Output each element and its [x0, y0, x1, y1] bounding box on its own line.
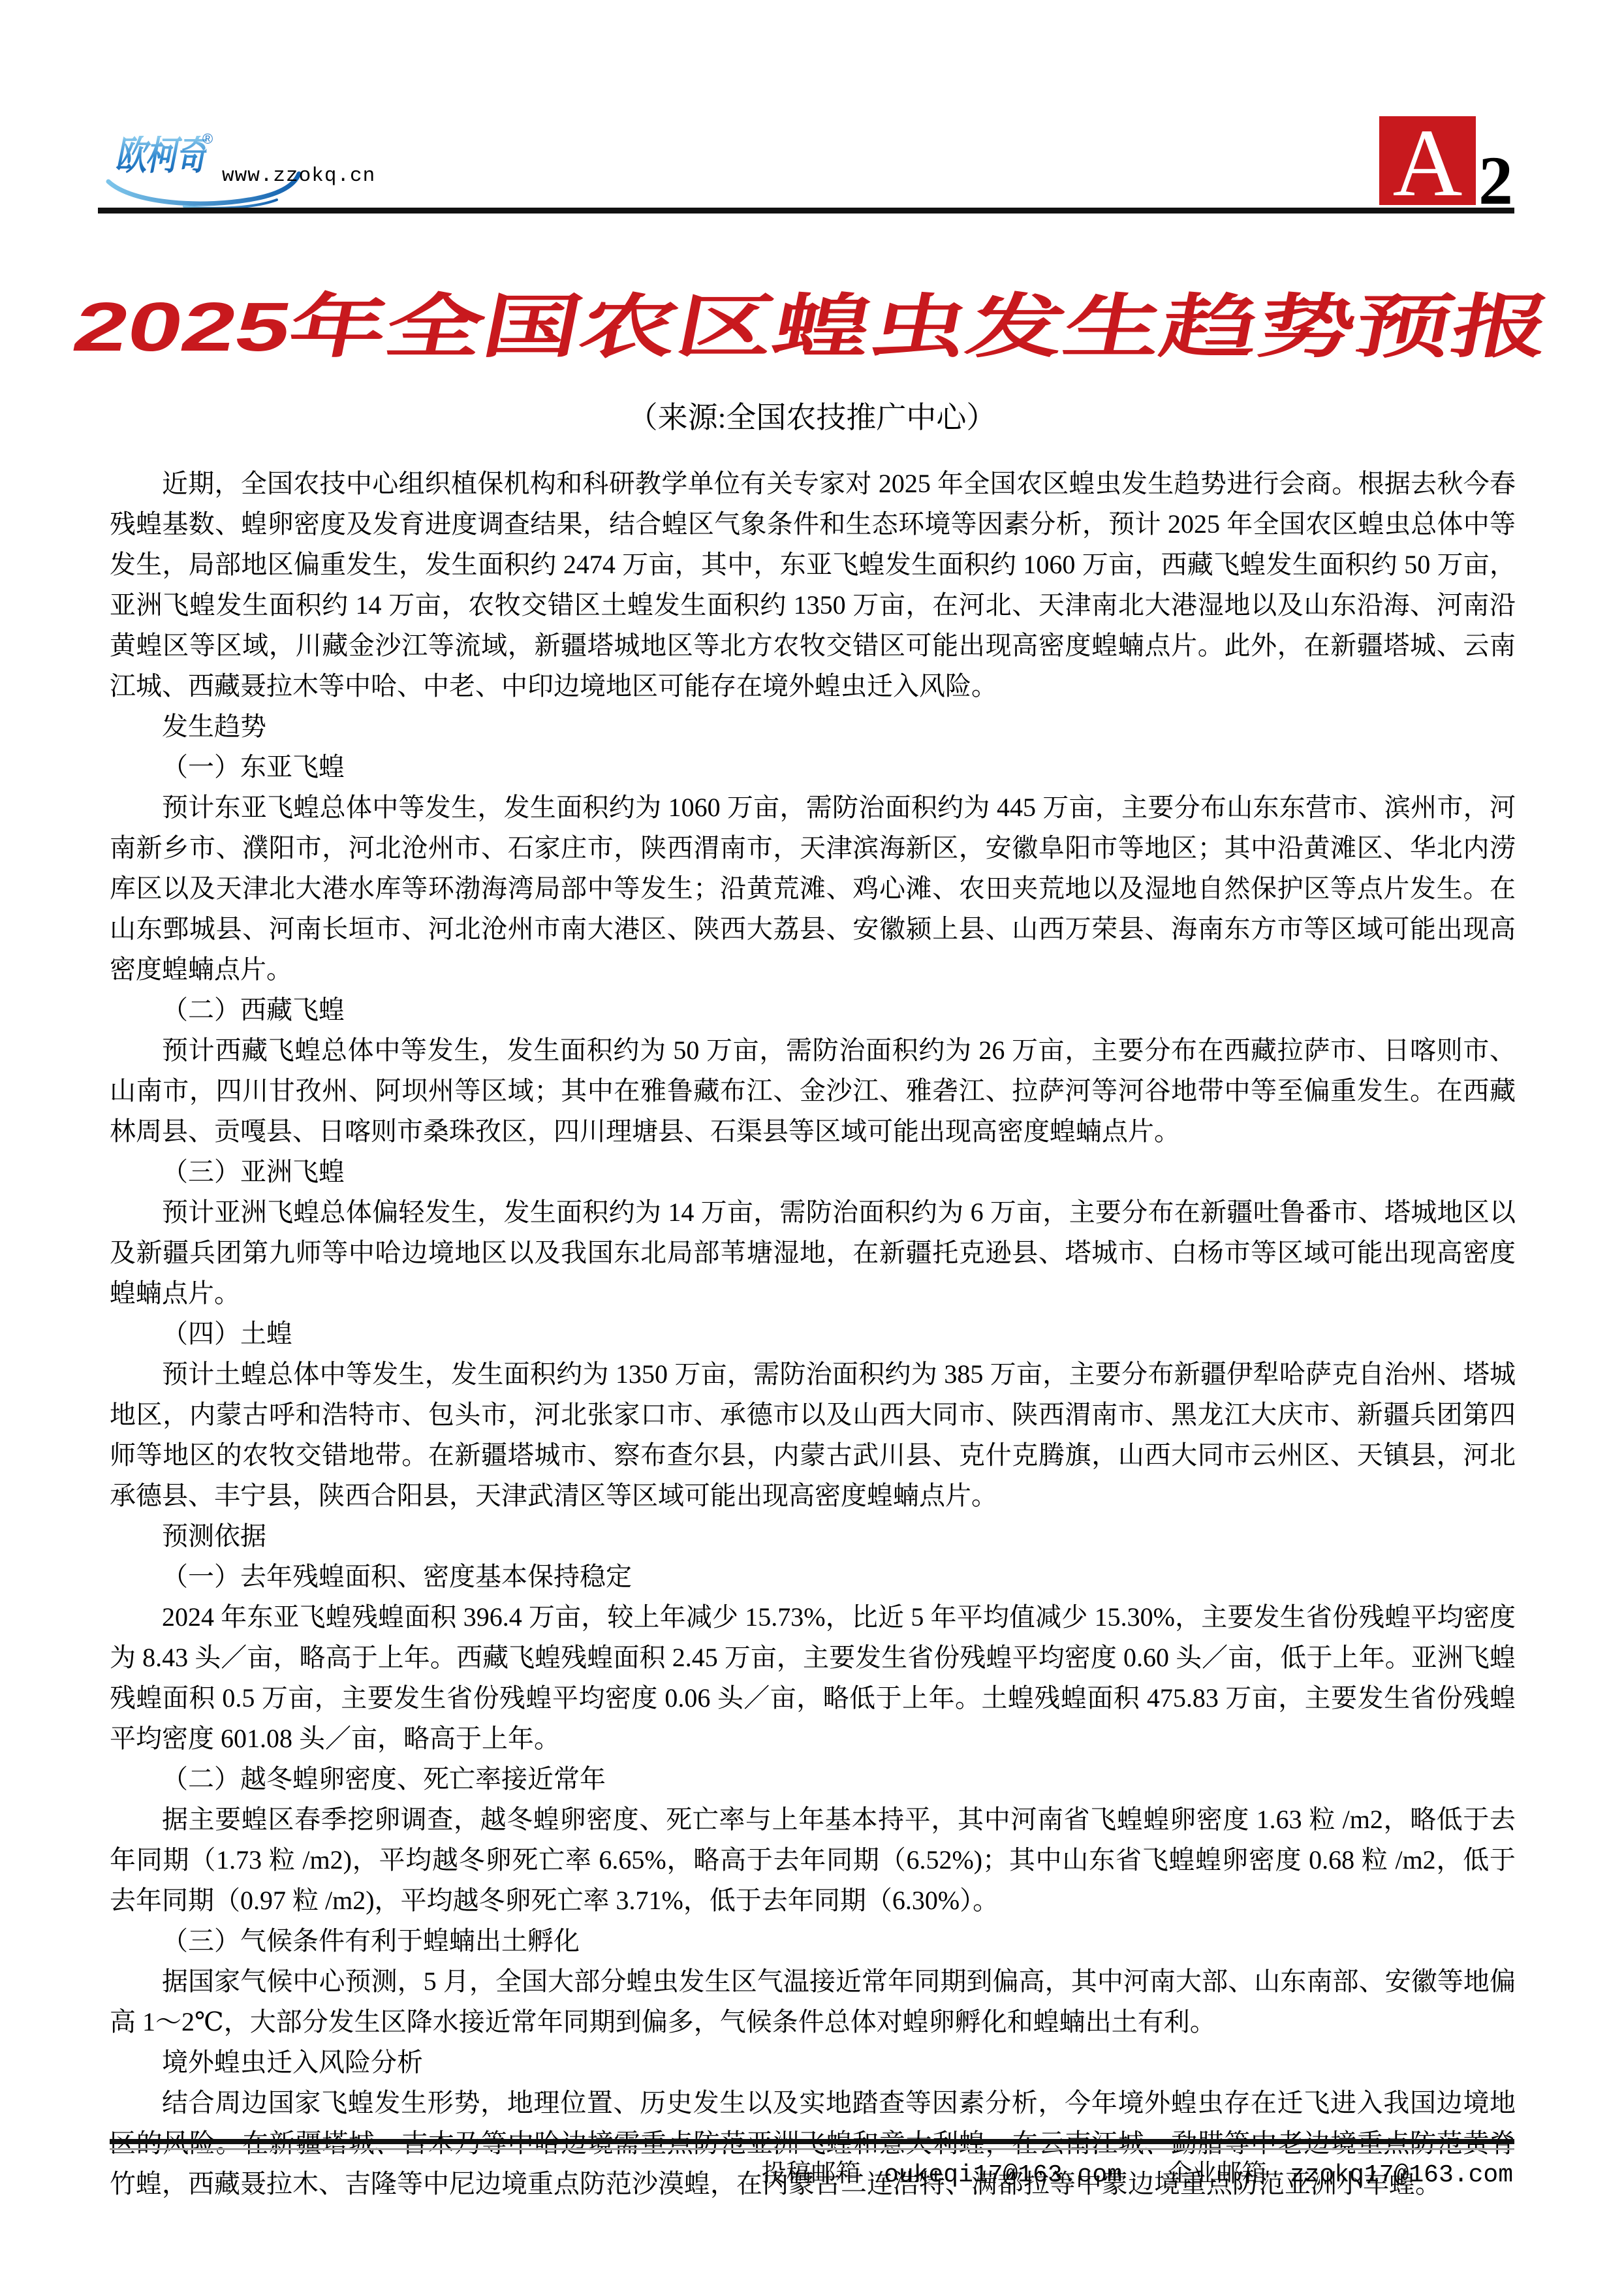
company-mailbox-email: zzokq17@163.com [1290, 2161, 1513, 2189]
page-badge-letter-box: A [1379, 116, 1476, 205]
section-heading: （三）气候条件有利于蝗蝻出土孵化 [110, 1921, 1516, 1961]
footer: 投稿邮箱 oukeqi17@163.com 企业邮箱 zzokq17@163.c… [110, 2157, 1513, 2192]
section-heading: 发生趋势 [110, 706, 1516, 747]
article-title: 2025年全国农区蝗虫发生趋势预报 [0, 291, 1624, 364]
paragraph: 预计土蝗总体中等发生，发生面积约为 1350 万亩，需防治面积约为 385 万亩… [110, 1354, 1516, 1516]
company-mailbox-label: 企业邮箱 [1167, 2160, 1266, 2187]
section-heading: （一）去年残蝗面积、密度基本保持稳定 [110, 1557, 1516, 1597]
footer-rule [110, 2139, 1514, 2144]
page-badge-number: 2 [1478, 153, 1513, 209]
section-heading: 境外蝗虫迁入风险分析 [110, 2042, 1516, 2083]
article-body: 近期，全国农技中心组织植保机构和科研教学单位有关专家对 2025 年全国农区蝗虫… [110, 464, 1516, 2204]
newspaper-page: 欧柯奇 ® www.zzokq.cn A 2 2025年全国农区蝗虫发生趋势预报… [0, 0, 1624, 2295]
submission-mailbox-label: 投稿邮箱 [762, 2160, 861, 2187]
paragraph: 近期，全国农技中心组织植保机构和科研教学单位有关专家对 2025 年全国农区蝗虫… [110, 464, 1516, 706]
submission-mailbox-email: oukeqi17@163.com [884, 2161, 1122, 2189]
paragraph: 预计西藏飞蝗总体中等发生，发生面积约为 50 万亩，需防治面积约为 26 万亩，… [110, 1030, 1516, 1152]
page-badge: A 2 [1379, 116, 1513, 205]
registered-trademark-icon: ® [202, 131, 213, 148]
footer-rule-shadow [110, 2148, 1514, 2150]
header-rule [98, 208, 1514, 214]
section-heading: 预测依据 [110, 1516, 1516, 1557]
paragraph: 预计东亚飞蝗总体中等发生，发生面积约为 1060 万亩，需防治面积约为 445 … [110, 787, 1516, 990]
section-heading: （三）亚洲飞蝗 [110, 1152, 1516, 1192]
page-badge-letter: A [1393, 115, 1463, 212]
paragraph: 据国家气候中心预测，5 月，全国大部分蝗虫发生区气温接近常年同期到偏高，其中河南… [110, 1961, 1516, 2042]
section-heading: （四）土蝗 [110, 1314, 1516, 1354]
article-source: （来源:全国农技推广中心） [0, 400, 1624, 435]
website-url: www.zzokq.cn [222, 165, 375, 187]
paragraph: 据主要蝗区春季挖卵调查，越冬蝗卵密度、死亡率与上年基本持平，其中河南省飞蝗蝗卵密… [110, 1799, 1516, 1921]
section-heading: （一）东亚飞蝗 [110, 747, 1516, 787]
paragraph: 2024 年东亚飞蝗残蝗面积 396.4 万亩，较上年减少 15.73%，比近 … [110, 1597, 1516, 1759]
section-heading: （二）越冬蝗卵密度、死亡率接近常年 [110, 1759, 1516, 1799]
section-heading: （二）西藏飞蝗 [110, 990, 1516, 1030]
paragraph: 预计亚洲飞蝗总体偏轻发生，发生面积约为 14 万亩，需防治面积约为 6 万亩，主… [110, 1192, 1516, 1314]
